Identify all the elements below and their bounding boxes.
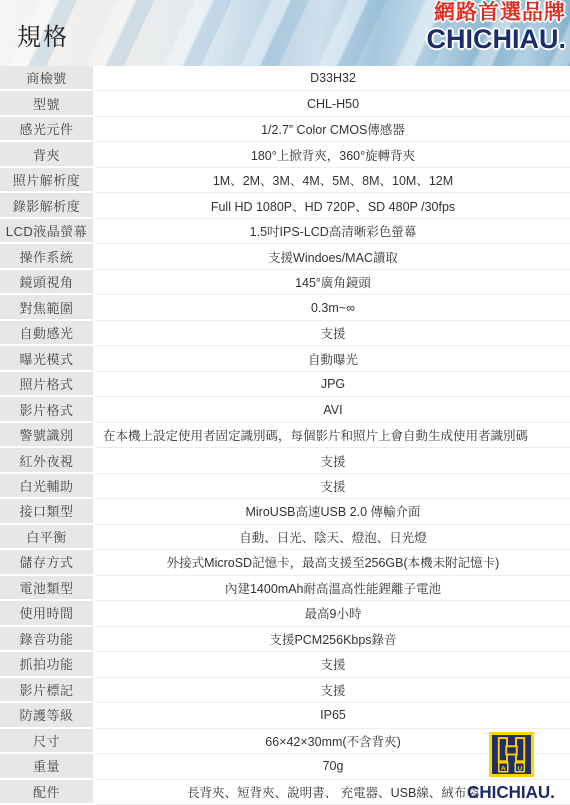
spec-label: 儲存方式 <box>0 550 96 575</box>
brand-name-top: CHICHIAU. <box>427 26 567 53</box>
spec-value: 180°上掀背夾，360°旋轉背夾 <box>96 142 570 167</box>
spec-row: 照片格式 JPG <box>0 372 570 397</box>
spec-page: 規格 網路首選品牌 CHICHIAU. 商檢號 D33H32 型號 CHL-H5… <box>0 0 570 805</box>
spec-label: LCD液晶螢幕 <box>0 219 96 244</box>
spec-row: 錄音功能 支援PCM256Kbps錄音 <box>0 627 570 652</box>
spec-label: 曝光模式 <box>0 346 96 371</box>
spec-row: 型號 CHL-H50 <box>0 91 570 116</box>
spec-row: 錄影解析度 Full HD 1080P、HD 720P、SD 480P /30f… <box>0 193 570 218</box>
spec-label: 配件 <box>0 780 96 805</box>
spec-value: 自動曝光 <box>96 346 570 371</box>
spec-label: 接口類型 <box>0 499 96 524</box>
header-banner: 規格 網路首選品牌 CHICHIAU. <box>0 0 570 66</box>
spec-row: 曝光模式 自動曝光 <box>0 346 570 371</box>
spec-row: 商檢號 D33H32 <box>0 66 570 91</box>
spec-table: 商檢號 D33H32 型號 CHL-H50 感光元件 1/2.7” Color … <box>0 66 570 805</box>
spec-label: 操作系統 <box>0 244 96 269</box>
spec-label: 照片格式 <box>0 372 96 397</box>
spec-row: 抓拍功能 支援 <box>0 652 570 677</box>
spec-value: JPG <box>96 372 570 397</box>
spec-row: 白光輔助 支援 <box>0 474 570 499</box>
spec-label: 感光元件 <box>0 117 96 142</box>
spec-label: 鏡頭視角 <box>0 270 96 295</box>
spec-label: 照片解析度 <box>0 168 96 193</box>
spec-row: 自動感光 支援 <box>0 321 570 346</box>
spec-value: AVI <box>96 397 570 422</box>
svg-text:U: U <box>517 765 522 772</box>
spec-value: MiroUSB高速USB 2.0 傳輸介面 <box>96 499 570 524</box>
spec-value: 自動、日光、陰天、燈泡、日光燈 <box>96 525 570 550</box>
brand-name-bottom: CHICHIAU. <box>456 783 566 804</box>
spec-label: 影片標記 <box>0 678 96 703</box>
spec-row: 照片解析度 1M、2M、3M、4M、5M、8M、10M、12M <box>0 168 570 193</box>
brand-logo-top: 網路首選品牌 CHICHIAU. <box>427 2 567 53</box>
spec-row: 鏡頭視角 145°廣角鏡頭 <box>0 270 570 295</box>
spec-row: 防護等級 IP65 <box>0 703 570 728</box>
chichiau-h-logo-icon: A U <box>488 731 535 778</box>
spec-row: 影片格式 AVI <box>0 397 570 422</box>
spec-label: 尺寸 <box>0 729 96 754</box>
spec-value: 支援 <box>96 448 570 473</box>
spec-row: 感光元件 1/2.7” Color CMOS傳感器 <box>0 117 570 142</box>
svg-text:A: A <box>500 765 505 772</box>
spec-value: 0.3m~∞ <box>96 295 570 320</box>
spec-value: 在本機上設定使用者固定識別碼，每個影片和照片上會自動生成使用者識別碼 <box>96 423 570 448</box>
spec-value: 外接式MicroSD記憶卡，最高支援至256GB(本機未附記憶卡) <box>96 550 570 575</box>
spec-label: 錄音功能 <box>0 627 96 652</box>
spec-value: 1/2.7” Color CMOS傳感器 <box>96 117 570 142</box>
spec-row: 影片標記 支援 <box>0 678 570 703</box>
spec-row: 紅外夜視 支援 <box>0 448 570 473</box>
spec-label: 型號 <box>0 91 96 116</box>
spec-label: 紅外夜視 <box>0 448 96 473</box>
spec-row: 使用時間 最高9小時 <box>0 601 570 626</box>
spec-value: 1.5吋IPS-LCD高清晰彩色螢幕 <box>96 219 570 244</box>
spec-label: 使用時間 <box>0 601 96 626</box>
spec-value: 支援PCM256Kbps錄音 <box>96 627 570 652</box>
spec-label: 白平衡 <box>0 525 96 550</box>
brand-logo-bottom: A U CHICHIAU. <box>456 731 566 803</box>
spec-value: IP65 <box>96 703 570 728</box>
spec-label: 商檢號 <box>0 66 96 91</box>
brand-tagline: 網路首選品牌 <box>427 2 567 23</box>
spec-row: 操作系統 支援Windoes/MAC讀取 <box>0 244 570 269</box>
spec-label: 錄影解析度 <box>0 193 96 218</box>
spec-value: 支援 <box>96 678 570 703</box>
spec-value: 支援 <box>96 652 570 677</box>
spec-value: 支援 <box>96 474 570 499</box>
spec-value: 145°廣角鏡頭 <box>96 270 570 295</box>
spec-value: D33H32 <box>96 66 570 91</box>
spec-value: 最高9小時 <box>96 601 570 626</box>
spec-label: 防護等級 <box>0 703 96 728</box>
spec-value: CHL-H50 <box>96 91 570 116</box>
spec-row: 背夾 180°上掀背夾，360°旋轉背夾 <box>0 142 570 167</box>
spec-value: 內建1400mAh耐高溫高性能鋰離子電池 <box>96 576 570 601</box>
spec-row: 電池類型 內建1400mAh耐高溫高性能鋰離子電池 <box>0 576 570 601</box>
spec-label: 影片格式 <box>0 397 96 422</box>
spec-row: 白平衡 自動、日光、陰天、燈泡、日光燈 <box>0 525 570 550</box>
spec-label: 重量 <box>0 754 96 779</box>
spec-row: 警號識別 在本機上設定使用者固定識別碼，每個影片和照片上會自動生成使用者識別碼 <box>0 423 570 448</box>
page-title: 規格 <box>17 17 69 52</box>
spec-label: 自動感光 <box>0 321 96 346</box>
spec-value: 支援Windoes/MAC讀取 <box>96 244 570 269</box>
spec-row: 儲存方式 外接式MicroSD記憶卡，最高支援至256GB(本機未附記憶卡) <box>0 550 570 575</box>
spec-label: 背夾 <box>0 142 96 167</box>
spec-value: 1M、2M、3M、4M、5M、8M、10M、12M <box>96 168 570 193</box>
spec-value: 支援 <box>96 321 570 346</box>
spec-label: 白光輔助 <box>0 474 96 499</box>
spec-label: 警號識別 <box>0 423 96 448</box>
spec-row: 接口類型 MiroUSB高速USB 2.0 傳輸介面 <box>0 499 570 524</box>
spec-label: 對焦範圍 <box>0 295 96 320</box>
spec-label: 電池類型 <box>0 576 96 601</box>
spec-label: 抓拍功能 <box>0 652 96 677</box>
spec-row: LCD液晶螢幕 1.5吋IPS-LCD高清晰彩色螢幕 <box>0 219 570 244</box>
spec-row: 對焦範圍 0.3m~∞ <box>0 295 570 320</box>
spec-value: Full HD 1080P、HD 720P、SD 480P /30fps <box>96 193 570 218</box>
